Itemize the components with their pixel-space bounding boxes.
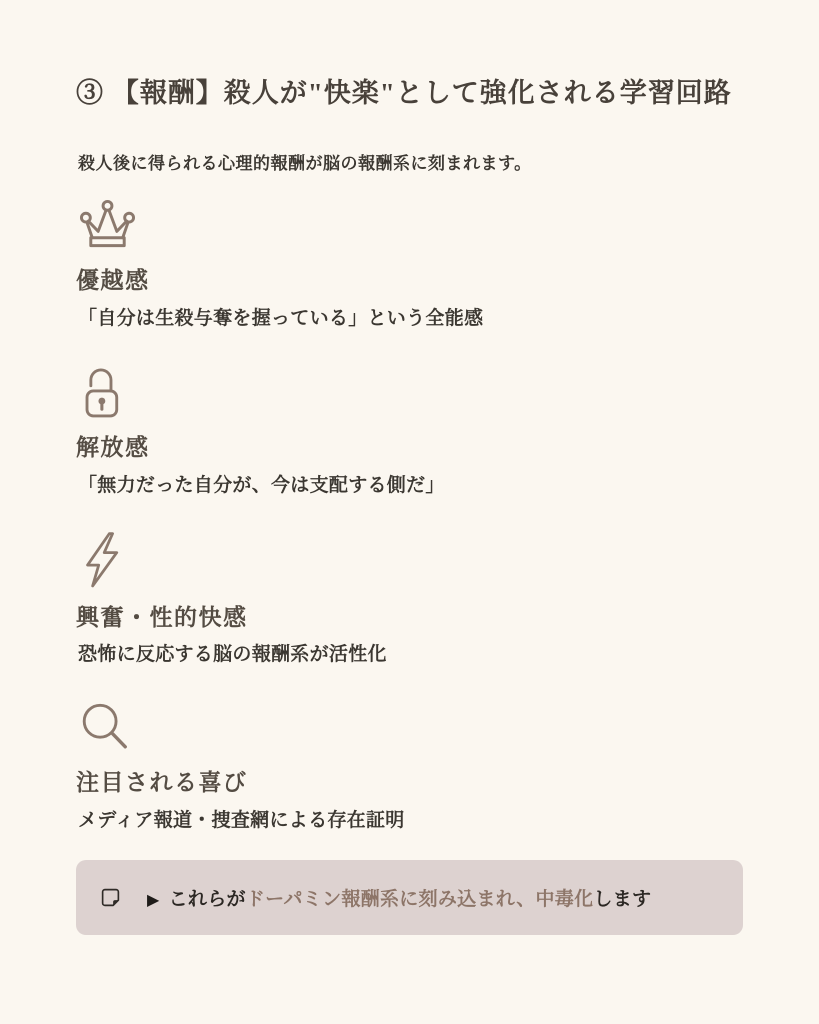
unlock-icon xyxy=(76,361,743,421)
callout-prefix: これらが xyxy=(169,889,246,910)
reward-item-attention: 注目される喜び メディア報道・捜査網による存在証明 xyxy=(76,698,743,832)
conclusion-callout: ▶これらがドーパミン報酬系に刻み込まれ、中毒化します xyxy=(76,860,743,935)
callout-suffix: します xyxy=(593,889,651,910)
magnifier-icon xyxy=(76,698,743,756)
reward-item-liberation: 解放感 「無力だった自分が、今は支配する側だ」 xyxy=(76,361,743,497)
reward-heading: 注目される喜び xyxy=(76,769,743,797)
reward-item-excitement: 興奮・性的快感 恐怖に反応する脳の報酬系が活性化 xyxy=(76,529,743,667)
arrow-marker: ▶ xyxy=(147,892,160,909)
page-subtitle: 殺人後に得られる心理的報酬が脳の報酬系に刻まれます。 xyxy=(78,149,743,174)
reward-description: 「無力だった自分が、今は支配する側だ」 xyxy=(78,475,743,498)
reward-description: 恐怖に反応する脳の報酬系が活性化 xyxy=(78,644,743,667)
reward-description: 「自分は生殺与奪を握っている」という全能感 xyxy=(78,308,743,331)
reward-heading: 解放感 xyxy=(76,434,743,462)
note-icon xyxy=(100,887,121,908)
reward-description: メディア報道・捜査網による存在証明 xyxy=(78,810,743,833)
document-page: ③ 【報酬】殺人が"快楽"として強化される学習回路 殺人後に得られる心理的報酬が… xyxy=(0,0,819,1024)
reward-heading: 興奮・性的快感 xyxy=(76,604,743,632)
lightning-icon xyxy=(76,529,743,591)
callout-text: ▶これらがドーパミン報酬系に刻み込まれ、中毒化します xyxy=(147,884,651,911)
crown-icon xyxy=(76,197,743,254)
callout-highlight: ドーパミン報酬系に刻み込まれ、中毒化 xyxy=(246,889,594,910)
reward-item-superiority: 優越感 「自分は生殺与奪を握っている」という全能感 xyxy=(76,197,743,330)
page-title: ③ 【報酬】殺人が"快楽"として強化される学習回路 xyxy=(76,76,743,111)
reward-heading: 優越感 xyxy=(76,267,743,295)
